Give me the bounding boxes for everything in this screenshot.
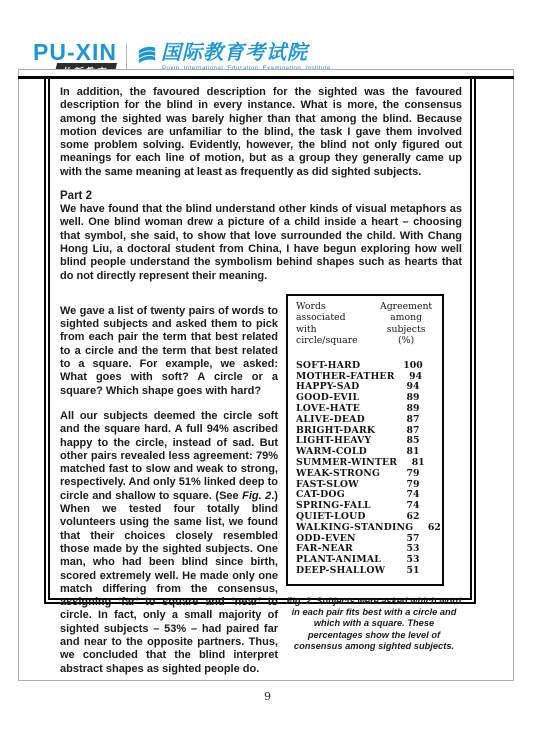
article-frame: In addition, the favoured description fo… — [44, 79, 476, 604]
figure-reference: Fig. 2 — [242, 490, 271, 502]
word-table-rows: SOFT-HARD100MOTHER-FATHER94HAPPY-SAD94GO… — [296, 361, 434, 577]
paragraph-part2-intro: We have found that the blind understand … — [60, 203, 462, 283]
part2-heading: Part 2 — [60, 190, 462, 203]
institute-logo: 国际教育考试院 Puxin International Education Ex… — [136, 42, 331, 72]
page-number: 9 — [0, 690, 535, 703]
paragraph-in-addition: In addition, the favoured description fo… — [60, 86, 462, 179]
agreement-table: Words associated with circle/square Agre… — [286, 294, 444, 586]
institute-name: 国际教育考试院 — [161, 42, 308, 64]
figure-caption-label: Fig. 2 — [287, 596, 311, 606]
figure-caption: Fig. 2 Subjects were asked which word in… — [286, 596, 462, 652]
logo-divider — [126, 44, 127, 72]
table-row: DEEP-SHALLOW51 — [296, 566, 434, 577]
paragraph-twenty-pairs: We gave a list of twenty pairs of words … — [60, 305, 278, 398]
stacked-books-icon — [136, 44, 158, 64]
figure-caption-text: Subjects were asked which word in each p… — [292, 596, 462, 651]
table-row: WALKING-STANDING62 — [296, 523, 434, 534]
table-row: WEAK-STRONG79 — [296, 469, 434, 480]
table-header: Words associated with circle/square Agre… — [296, 301, 434, 347]
puxin-wordmark: PU-XIN — [33, 42, 117, 62]
table-header-agreement: Agreement among subjects (%) — [378, 301, 434, 347]
paragraph-results: All our subjects deemed the circle soft … — [60, 410, 278, 676]
right-column: Words associated with circle/square Agre… — [286, 294, 462, 687]
left-column: We gave a list of twenty pairs of words … — [60, 294, 278, 687]
table-header-words: Words associated with circle/square — [296, 301, 378, 347]
two-column-section: We gave a list of twenty pairs of words … — [60, 294, 462, 687]
